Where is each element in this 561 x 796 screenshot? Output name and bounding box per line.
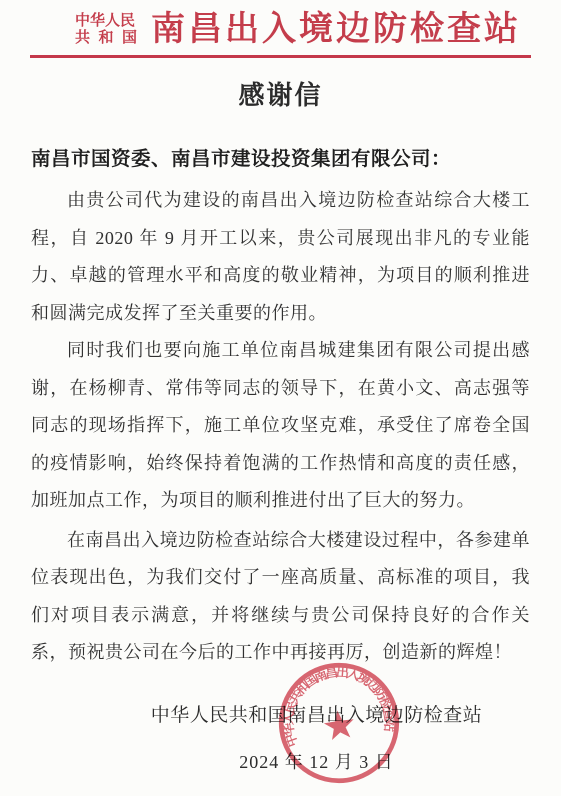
org-name-small: 中华人民 共和国 [75, 13, 137, 47]
star-icon [322, 708, 356, 740]
org-name-small-line2: 共和国 [75, 30, 137, 47]
paragraph: 由贵公司代为建设的南昌出入境边防检查站综合大楼工程，自 2020 年 9 月开工… [31, 182, 530, 332]
official-seal: 中华人民共和国南昌出入境边防检查站 [268, 652, 410, 794]
letter-body: 由贵公司代为建设的南昌出入境边防检查站综合大楼工程，自 2020 年 9 月开工… [31, 182, 530, 672]
letter-title: 感谢信 [0, 79, 561, 113]
letter-page: 中华人民 共和国 南昌出入境边防检查站 感谢信 南昌市国资委、南昌市建设投资集团… [0, 0, 561, 796]
paragraph: 在南昌出入境边防检查站综合大楼建设过程中，各参建单位表现出色，为我们交付了一座高… [31, 522, 530, 672]
org-name-title: 南昌出入境边防检查站 [151, 12, 521, 48]
org-name-small-line1: 中华人民 [75, 13, 137, 30]
letterhead: 中华人民 共和国 南昌出入境边防检查站 [0, 0, 561, 48]
salutation: 南昌市国资委、南昌市建设投资集团有限公司： [31, 144, 530, 174]
paragraph: 同时我们也要向施工单位南昌城建集团有限公司提出感谢，在杨柳青、常伟等同志的领导下… [31, 332, 530, 520]
letterhead-divider [30, 55, 531, 58]
